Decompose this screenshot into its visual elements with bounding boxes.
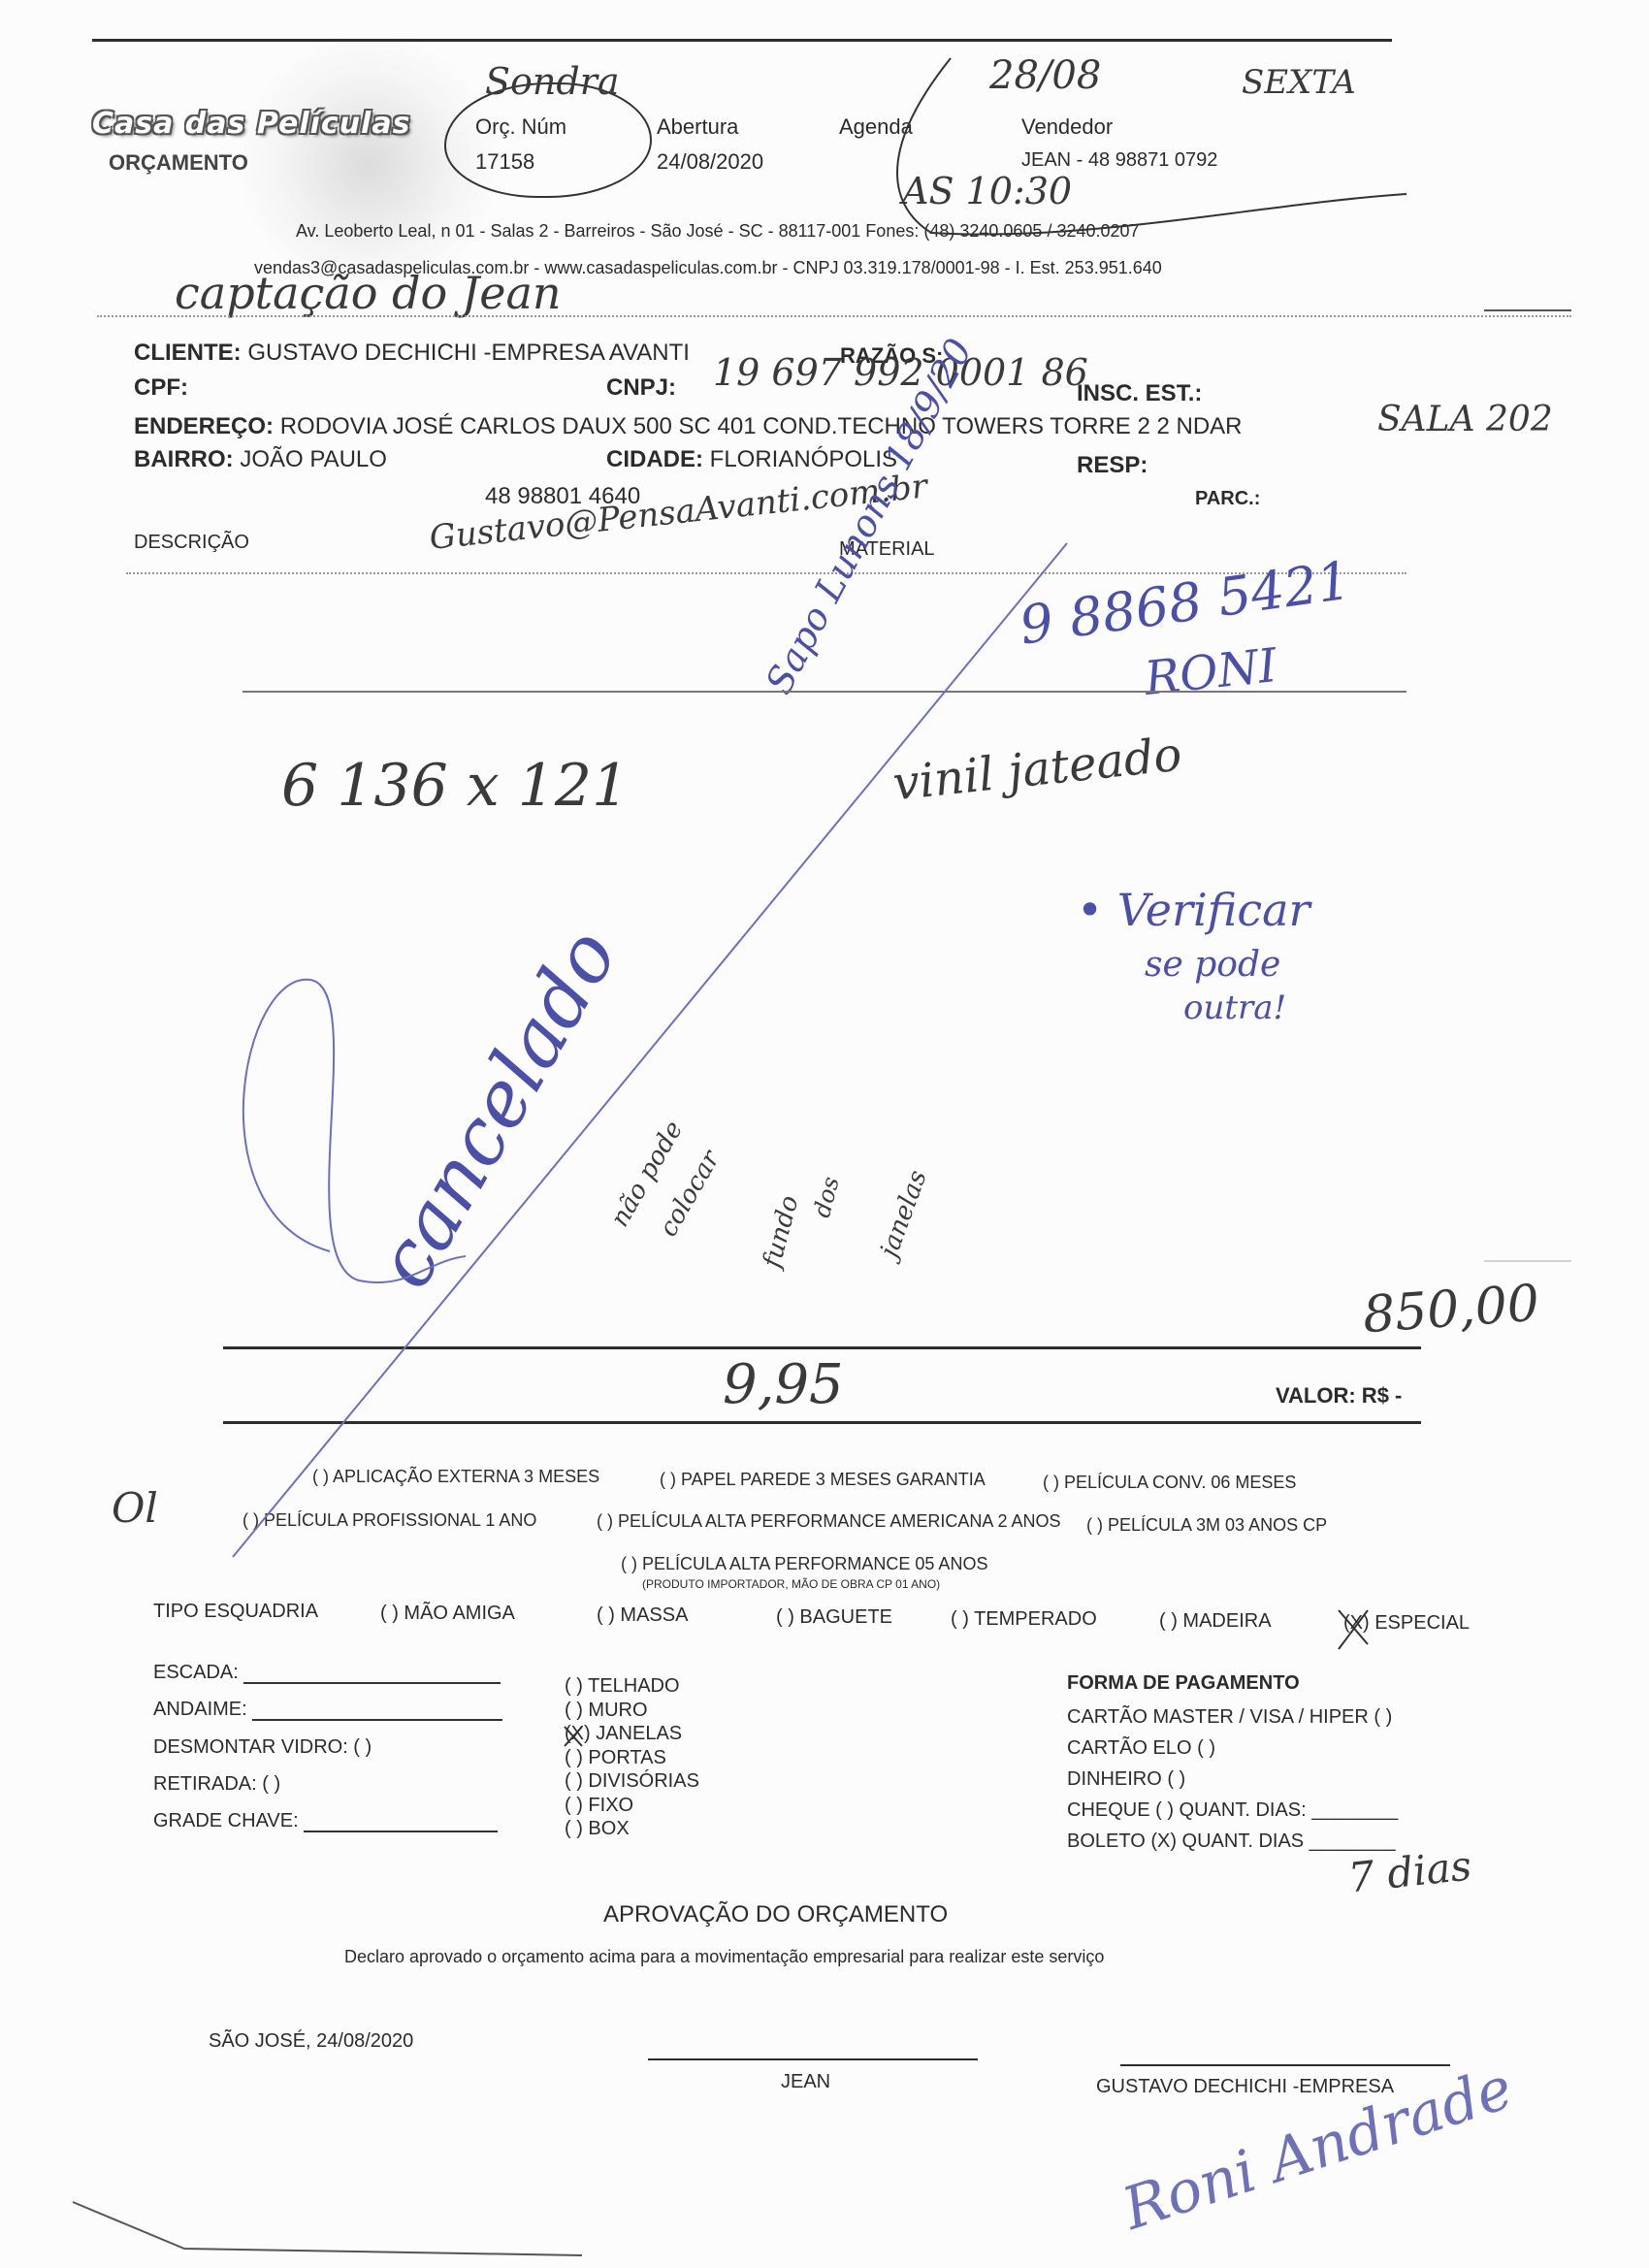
descricao-label: DESCRIÇÃO	[134, 532, 249, 554]
cpf-label: CPF:	[134, 374, 188, 402]
desmontar-vidro-field[interactable]: DESMONTAR VIDRO: ( )	[153, 1736, 372, 1759]
cidade-label: CIDADE:	[606, 446, 703, 472]
warranty-option-3m[interactable]: ( ) PELÍCULA 3M 03 ANOS CP	[1086, 1515, 1327, 1536]
pencil-note-4: dos	[808, 1174, 845, 1220]
cliente-value: GUSTAVO DECHICHI -EMPRESA AVANTI	[247, 340, 690, 366]
handwritten-cancelado: cancelado	[358, 914, 634, 1303]
warranty-footnote: (PRODUTO IMPORTADOR, MÃO DE OBRA CP 01 A…	[642, 1577, 940, 1591]
endereco-field: ENDEREÇO: RODOVIA JOSÉ CARLOS DAUX 500 S…	[134, 413, 1243, 440]
vendedor-value: JEAN - 48 98871 0792	[1021, 149, 1217, 172]
verificar-line-1: • Verificar	[1077, 878, 1310, 942]
header-divider	[97, 315, 1571, 317]
seller-signature-line	[648, 2058, 978, 2060]
andaime-label: ANDAIME:	[153, 1699, 247, 1720]
handwritten-blue-name: RONI	[1142, 638, 1279, 706]
handwritten-verificar-note: • Verificar se pode outra!	[1077, 878, 1310, 1027]
cliente-label: CLIENTE:	[134, 340, 242, 366]
esquadria-mao-amiga[interactable]: ( ) MÃO AMIGA	[380, 1603, 515, 1625]
address-line: Av. Leoberto Leal, n 01 - Salas 2 - Barr…	[296, 221, 1140, 242]
insc-est-label: INSC. EST.:	[1077, 380, 1202, 407]
payment-cartao-elo[interactable]: CARTÃO ELO ( )	[1067, 1733, 1398, 1764]
retirada-field[interactable]: RETIRADA: ( )	[153, 1773, 280, 1796]
valor-bottom-rule	[223, 1421, 1421, 1424]
andaime-field[interactable]: ANDAIME:	[153, 1699, 502, 1721]
valor-top-rule	[223, 1346, 1421, 1349]
handwritten-cloud-name: Sondra	[485, 60, 620, 103]
agenda-label: Agenda	[839, 114, 913, 140]
handwritten-blue-phone: 9 8868 5421	[1016, 549, 1354, 656]
verificar-line-2: se pode	[1145, 942, 1310, 988]
location-box[interactable]: ( ) BOX	[565, 1817, 699, 1841]
parc-label: PARC.:	[1195, 488, 1260, 510]
top-rule	[92, 39, 1392, 42]
location-divisorias[interactable]: ( ) DIVISÓRIAS	[565, 1769, 699, 1794]
abertura-label: Abertura	[657, 114, 738, 140]
warranty-option-americana[interactable]: ( ) PELÍCULA ALTA PERFORMANCE AMERICANA …	[597, 1511, 1060, 1532]
orc-num-label: Orç. Núm	[475, 114, 566, 140]
location-janelas[interactable]: (X) JANELAS	[565, 1722, 699, 1746]
handwritten-captacao-note: captação do Jean	[175, 267, 562, 319]
doc-type: ORÇAMENTO	[109, 150, 248, 176]
payment-options: CARTÃO MASTER / VISA / HIPER ( ) CARTÃO …	[1067, 1701, 1398, 1857]
payment-title: FORMA DE PAGAMENTO	[1067, 1672, 1300, 1695]
handwritten-material: vinil jateado	[890, 728, 1184, 812]
location-fixo[interactable]: ( ) FIXO	[565, 1794, 699, 1818]
verificar-line-3: outra!	[1183, 988, 1310, 1027]
seller-signature-label: JEAN	[781, 2071, 830, 2093]
pencil-note-3: fundo	[758, 1192, 804, 1271]
payment-cheque[interactable]: CHEQUE ( ) QUANT. DIAS: ________	[1067, 1795, 1398, 1826]
esquadria-madeira[interactable]: ( ) MADEIRA	[1159, 1610, 1272, 1633]
warranty-option-conv[interactable]: ( ) PELÍCULA CONV. 06 MESES	[1043, 1473, 1296, 1493]
locations-list: ( ) TELHADO ( ) MURO (X) JANELAS ( ) POR…	[565, 1674, 699, 1841]
orc-num-value: 17158	[475, 149, 534, 175]
client-signature-label: GUSTAVO DECHICHI -EMPRESA	[1096, 2076, 1394, 2098]
warranty-option-profissional[interactable]: ( ) PELÍCULA PROFISSIONAL 1 ANO	[242, 1510, 536, 1531]
place-date: SÃO JOSÉ, 24/08/2020	[209, 2030, 413, 2053]
endereco-value: RODOVIA JOSÉ CARLOS DAUX 500 SC 401 COND…	[280, 413, 1243, 439]
bairro-label: BAIRRO:	[134, 446, 234, 472]
payment-boleto[interactable]: BOLETO (X) QUANT. DIAS ________	[1067, 1826, 1398, 1857]
esquadria-massa[interactable]: ( ) MASSA	[597, 1604, 688, 1627]
location-telhado[interactable]: ( ) TELHADO	[565, 1674, 699, 1699]
payment-cartao-master[interactable]: CARTÃO MASTER / VISA / HIPER ( )	[1067, 1701, 1398, 1733]
abertura-value: 24/08/2020	[657, 149, 763, 175]
handwritten-agenda-day: SEXTA	[1242, 63, 1356, 102]
cnpj-label: CNPJ:	[606, 374, 676, 402]
esquadria-temperado[interactable]: ( ) TEMPERADO	[951, 1608, 1097, 1631]
company-logo: Casa das Películas	[92, 107, 410, 141]
handwritten-sala: SALA 202	[1377, 400, 1553, 439]
grade-chave-field[interactable]: GRADE CHAVE:	[153, 1810, 498, 1832]
endereco-label: ENDEREÇO:	[134, 413, 274, 439]
vendedor-label: Vendedor	[1021, 114, 1113, 140]
bairro-value: JOÃO PAULO	[240, 446, 387, 472]
warranty-option-alta-performance[interactable]: ( ) PELÍCULA ALTA PERFORMANCE 05 ANOS	[621, 1554, 987, 1574]
handwritten-cnpj: 19 697 992 0001 86	[713, 351, 1088, 394]
handwritten-margin-initials: Ol	[112, 1484, 158, 1532]
pencil-note-5: janelas	[875, 1166, 933, 1261]
description-line	[242, 691, 1406, 693]
quote-document: Casa das Películas ORÇAMENTO Sondra Orç.…	[0, 0, 1649, 2268]
handwritten-area: 9,95	[723, 1353, 844, 1416]
client-signature-line[interactable]	[1120, 2064, 1450, 2066]
warranty-option-papel-parede[interactable]: ( ) PAPEL PAREDE 3 MESES GARANTIA	[660, 1470, 986, 1490]
resp-label: RESP:	[1077, 452, 1148, 479]
esquadria-especial[interactable]: (X) ESPECIAL	[1343, 1612, 1470, 1635]
approval-title: APROVAÇÃO DO ORÇAMENTO	[603, 1901, 948, 1928]
location-muro[interactable]: ( ) MURO	[565, 1699, 699, 1723]
cidade-field: CIDADE: FLORIANÓPOLIS	[606, 446, 897, 473]
handwritten-agenda-date: 28/08	[989, 53, 1101, 98]
escada-field[interactable]: ESCADA:	[153, 1662, 501, 1684]
warranty-option-externa[interactable]: ( ) APLICAÇÃO EXTERNA 3 MESES	[312, 1467, 599, 1487]
grade-chave-label: GRADE CHAVE:	[153, 1810, 299, 1831]
bairro-field: BAIRRO: JOÃO PAULO	[134, 446, 387, 473]
payment-dinheiro[interactable]: DINHEIRO ( )	[1067, 1764, 1398, 1795]
escada-label: ESCADA:	[153, 1662, 239, 1683]
handwritten-valor: 850,00	[1361, 1275, 1541, 1345]
cliente-field: CLIENTE: GUSTAVO DECHICHI -EMPRESA AVANT…	[134, 340, 690, 367]
location-portas[interactable]: ( ) PORTAS	[565, 1746, 699, 1770]
esquadria-baguete[interactable]: ( ) BAGUETE	[776, 1606, 892, 1629]
approval-declaration: Declaro aprovado o orçamento acima para …	[344, 1947, 1104, 1967]
esquadria-label: TIPO ESQUADRIA	[153, 1601, 318, 1623]
handwritten-agenda-time: AS 10:30	[902, 170, 1072, 212]
handwritten-item-line: 6 136 x 121	[281, 752, 629, 820]
valor-label: VALOR: R$ -	[1276, 1383, 1402, 1409]
